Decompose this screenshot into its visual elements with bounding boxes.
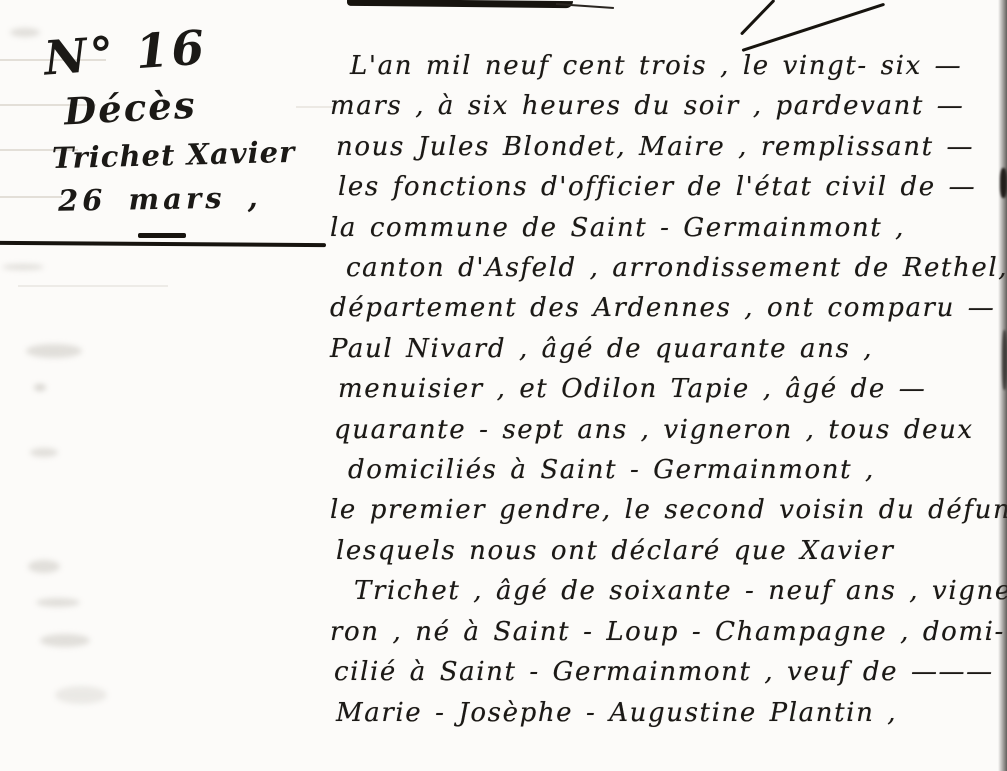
act-text-line: les fonctions d'officier de l'état civil… xyxy=(330,167,1006,207)
ink-smudge xyxy=(30,448,58,457)
act-text-line: Trichet , âgé de soixante - neuf ans , v… xyxy=(330,571,1006,611)
act-text-line: lesquels nous ont déclaré que Xavier xyxy=(330,531,1006,571)
previous-entry-underline xyxy=(347,0,573,8)
act-date-label: 26 mars , xyxy=(58,180,262,218)
act-text-line: cilié à Saint - Germainmont , veuf de ——… xyxy=(330,652,1006,692)
act-text-line: menuisier , et Odilon Tapie , âgé de — xyxy=(330,369,1006,409)
act-text-line: nous Jules Blondet, Maire , remplissant … xyxy=(330,127,1006,167)
page-edge-ink-blob xyxy=(1002,330,1007,390)
ruled-line xyxy=(0,196,62,198)
act-text-line: la commune de Saint - Germainmont , xyxy=(330,208,1006,248)
death-register-page: N° 16 Décès Trichet Xavier 26 mars , L'a… xyxy=(0,0,1007,771)
ink-smudge xyxy=(36,598,80,607)
ink-smudge xyxy=(28,560,60,573)
act-number: N° 16 xyxy=(42,20,209,86)
margin-divider-underline xyxy=(0,241,326,247)
ink-smudge xyxy=(2,264,44,270)
act-text-line: quarante - sept ans , vigneron , tous de… xyxy=(330,410,1006,450)
act-type-label: Décès xyxy=(63,83,198,134)
ink-smudge xyxy=(55,686,107,704)
act-text-line: L'an mil neuf cent trois , le vingt- six… xyxy=(330,46,1006,86)
act-text-line: domiciliés à Saint - Germainmont , xyxy=(330,450,1006,490)
act-text-line: Paul Nivard , âgé de quarante ans , xyxy=(330,329,1006,369)
ink-smudge xyxy=(10,28,40,37)
act-text-line: mars , à six heures du soir , pardevant … xyxy=(330,86,1006,126)
act-text-line: Marie - Josèphe - Augustine Plantin , xyxy=(330,693,1006,733)
margin-divider-short-dash xyxy=(138,233,186,238)
ink-smudge xyxy=(34,384,46,391)
act-text-line: département des Ardennes , ont comparu — xyxy=(330,288,1006,328)
deceased-name-label: Trichet Xavier xyxy=(52,135,296,175)
act-text-line: ron , né à Saint - Loup - Champagne , do… xyxy=(330,612,1006,652)
act-text-line: canton d'Asfeld , arrondissement de Reth… xyxy=(330,248,1006,288)
signature-flourish-stroke xyxy=(740,0,776,36)
page-edge-ink-blob xyxy=(1000,168,1007,198)
ink-smudge xyxy=(26,344,82,358)
ruled-line xyxy=(18,285,168,287)
ink-smudge xyxy=(40,634,90,647)
act-body-text: L'an mil neuf cent trois , le vingt- six… xyxy=(330,46,1006,733)
act-text-line: le premier gendre, le second voisin du d… xyxy=(330,490,1006,530)
